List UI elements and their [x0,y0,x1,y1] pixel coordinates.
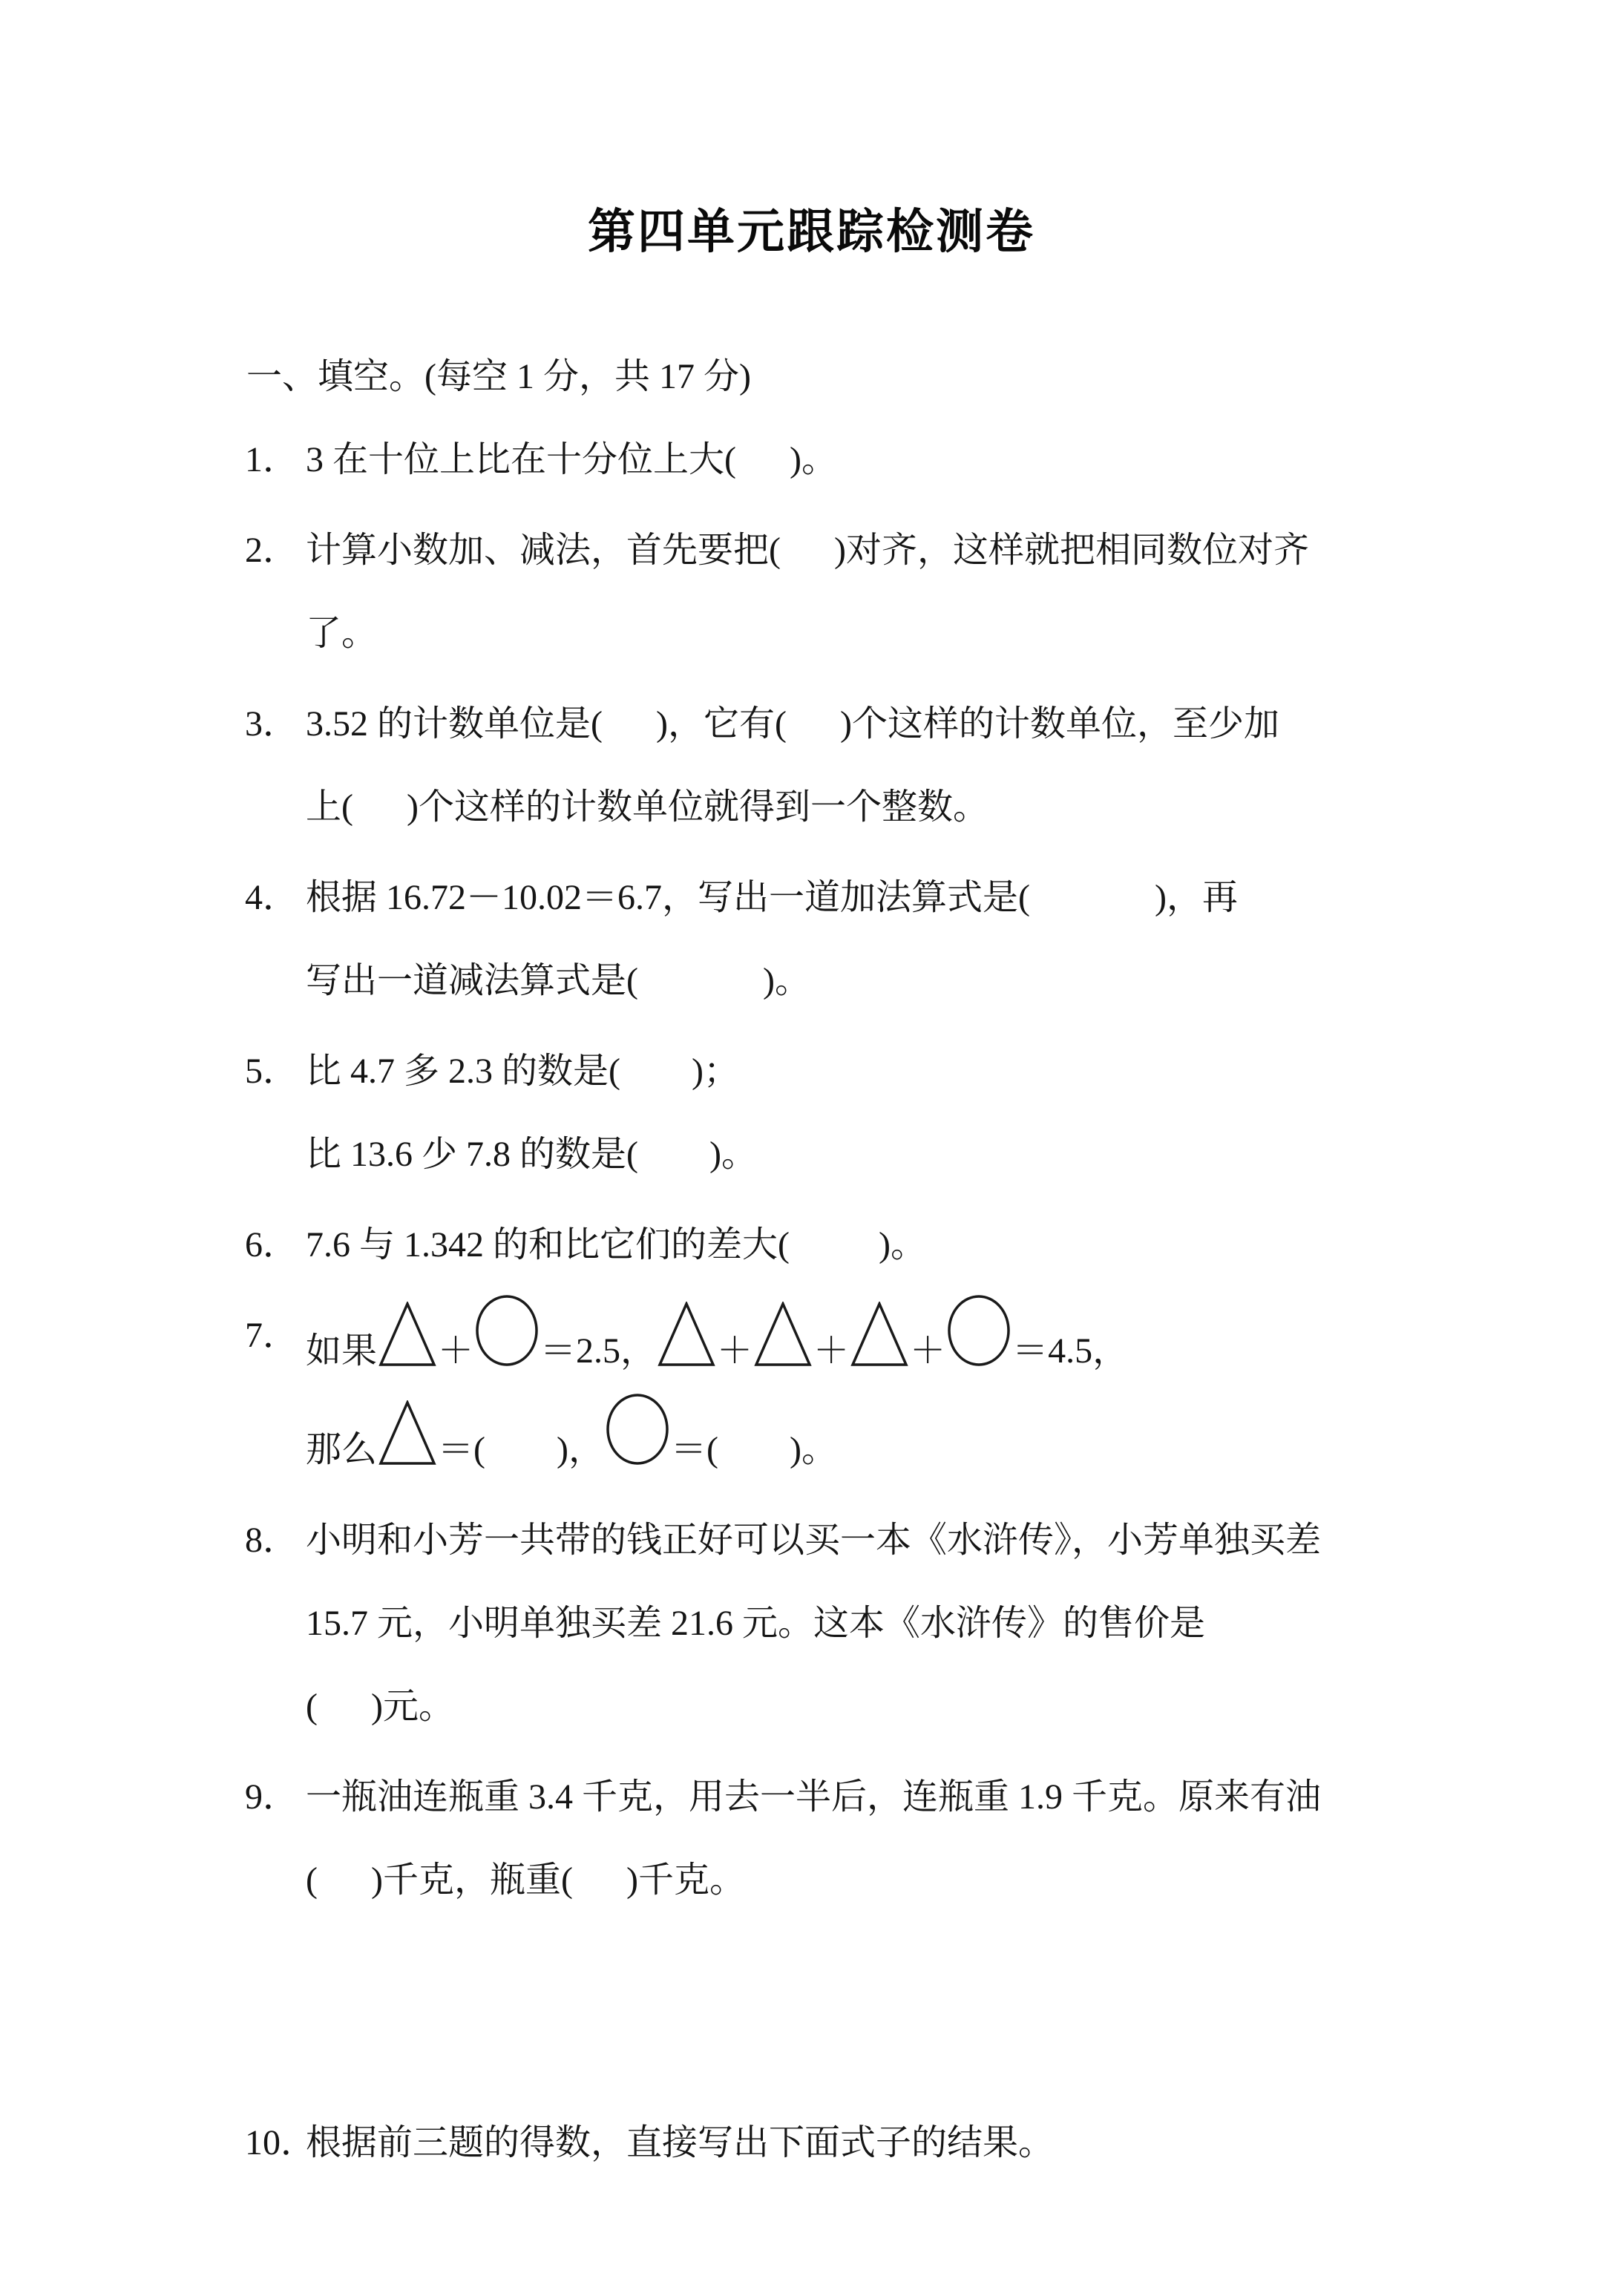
question-text: 比 4.7 多 2.3 的数是( )； [306,1052,739,1091]
question-text: 写出一道减法算式是( )。 [306,961,810,1000]
question-number: 8． [245,1499,298,1582]
circle-icon [606,1393,669,1466]
question-text: 比 13.6 少 7.8 的数是( )。 [306,1135,757,1174]
question-text: ＝4.5， [1012,1331,1128,1371]
question-line: 1．3 在十位上比在十分位上大( )。 [306,419,1512,502]
question-text: ＋ [438,1331,473,1371]
question-number: 10． [245,2102,316,2185]
question-number: 9． [245,1756,298,1839]
test-paper-page: 第四单元跟踪检测卷 一、填空。(每空 1 分，共 17 分) 1．3 在十位上比… [0,0,1623,2296]
section-header: 一、填空。(每空 1 分，共 17 分) [246,335,1504,419]
question-number: 6． [245,1204,298,1287]
question-text: 3.52 的计数单位是( )，它有( )个这样的计数单位，至少加 [306,704,1279,744]
question-line: ( )元。 [306,1665,1512,1748]
question-text: 3 在十位上比在十分位上大( )。 [306,440,837,479]
question-number: 3． [245,683,298,766]
question-number: 4． [245,856,298,939]
question-9: 9．一瓶油连瓶重 3.4 千克，用去一半后，连瓶重 1.9 千克。原来有油( )… [0,1756,1623,1922]
triangle-icon [658,1302,715,1367]
question-1: 1．3 在十位上比在十分位上大( )。 [0,419,1623,502]
question-line: 6．7.6 与 1.342 的和比它们的差大( )。 [306,1204,1512,1287]
question-3: 3．3.52 的计数单位是( )，它有( )个这样的计数单位，至少加上( )个这… [0,683,1623,849]
question-text: ＋ [717,1331,753,1371]
question-text: 那么 [306,1430,377,1469]
question-line: 了。 [306,592,1512,675]
question-line: ( )千克，瓶重( )千克。 [306,1839,1512,1922]
question-line: 7．如果＋＝2.5，＋＋＋＝4.5， [306,1294,1512,1393]
question-line: 写出一道减法算式是( )。 [306,939,1512,1023]
page-title: 第四单元跟踪检测卷 [0,0,1623,258]
question-text: ＝( )。 [671,1430,837,1469]
question-10: 10．根据前三题的得数，直接写出下面式子的结果。 [0,2102,1623,2185]
question-number: 2． [245,509,298,592]
question-text: 一瓶油连瓶重 3.4 千克，用去一半后，连瓶重 1.9 千克。原来有油 [306,1777,1321,1817]
triangle-icon [378,1302,436,1367]
question-line: 9．一瓶油连瓶重 3.4 千克，用去一半后，连瓶重 1.9 千克。原来有油 [306,1756,1512,1839]
question-4: 4．根据 16.72－10.02＝6.7，写出一道加法算式是( )，再写出一道减… [0,856,1623,1023]
question-text: ＝2.5， [540,1331,656,1371]
question-text: ( )千克，瓶重( )千克。 [306,1860,745,1900]
question-text: 了。 [306,614,377,653]
question-line: 15.7 元，小明单独买差 21.6 元。这本《水浒传》的售价是 [306,1582,1512,1665]
circle-icon [475,1294,539,1367]
question-text: ＝( )， [438,1430,604,1469]
question-7: 7．如果＋＝2.5，＋＋＋＝4.5，那么＝( )，＝( )。 [0,1294,1623,1492]
question-text: 根据前三题的得数，直接写出下面式子的结果。 [306,2123,1054,2162]
triangle-icon [378,1400,436,1466]
question-6: 6．7.6 与 1.342 的和比它们的差大( )。 [0,1204,1623,1287]
question-line: 5．比 4.7 多 2.3 的数是( )； [306,1030,1512,1113]
question-text: 根据 16.72－10.02＝6.7，写出一道加法算式是( )，再 [306,878,1238,917]
question-number: 1． [245,419,298,502]
question-text: ＋ [813,1331,849,1371]
question-number: 7． [245,1294,298,1377]
questions: 1．3 在十位上比在十分位上大( )。2．计算小数加、减法，首先要把( )对齐，… [0,419,1623,2185]
question-5: 5．比 4.7 多 2.3 的数是( )；比 13.6 少 7.8 的数是( )… [0,1030,1623,1196]
triangle-icon [850,1302,908,1367]
question-8: 8．小明和小芳一共带的钱正好可以买一本《水浒传》，小芳单独买差15.7 元，小明… [0,1499,1623,1748]
question-line: 2．计算小数加、减法，首先要把( )对齐，这样就把相同数位对齐 [306,509,1512,592]
question-line: 10．根据前三题的得数，直接写出下面式子的结果。 [306,2102,1512,2185]
circle-icon [947,1294,1011,1367]
question-line: 那么＝( )，＝( )。 [306,1393,1512,1492]
question-text: 15.7 元，小明单独买差 21.6 元。这本《水浒传》的售价是 [306,1604,1205,1643]
question-text: 7.6 与 1.342 的和比它们的差大( )。 [306,1225,926,1265]
question-text: 如果 [306,1331,377,1371]
question-line: 8．小明和小芳一共带的钱正好可以买一本《水浒传》，小芳单独买差 [306,1499,1512,1582]
question-text: ( )元。 [306,1687,454,1726]
question-line: 比 13.6 少 7.8 的数是( )。 [306,1113,1512,1196]
question-line: 4．根据 16.72－10.02＝6.7，写出一道加法算式是( )，再 [306,856,1512,939]
question-text: ＋ [910,1331,945,1371]
question-line: 上( )个这样的计数单位就得到一个整数。 [306,766,1512,849]
question-text: 计算小数加、减法，首先要把( )对齐，这样就把相同数位对齐 [306,531,1309,570]
question-2: 2．计算小数加、减法，首先要把( )对齐，这样就把相同数位对齐了。 [0,509,1623,675]
question-number: 5． [245,1030,298,1113]
question-text: 小明和小芳一共带的钱正好可以买一本《水浒传》，小芳单独买差 [306,1521,1321,1560]
question-line: 3．3.52 的计数单位是( )，它有( )个这样的计数单位，至少加 [306,683,1512,766]
question-text: 上( )个这样的计数单位就得到一个整数。 [306,787,988,827]
triangle-icon [754,1302,812,1367]
